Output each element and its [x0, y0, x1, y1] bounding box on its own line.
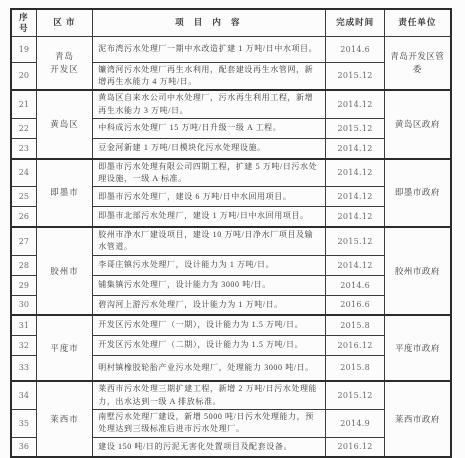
project-content: 即墨市北部污水处理厂，建设 1 万吨/日中水回用项目。 — [93, 207, 326, 227]
project-content: 李哥庄镇污水处理厂，设计能力为 1 万吨/日。 — [93, 255, 326, 275]
header-unit: 责任单位 — [384, 9, 451, 36]
project-content: 明村镇橡胶轮胎产业污水处理厂，处理能力 3000 吨/日。 — [93, 355, 326, 381]
unit-cell: 黄岛区政府 — [384, 90, 451, 158]
unit-cell: 平度市政府 — [384, 315, 451, 381]
projects-table: 序 号 区 市 项 目 内 容 完成时间 责任单位 19 青岛 开发区 泥布湾污… — [10, 8, 452, 458]
completion-date: 2015.12 — [326, 119, 385, 139]
table-row: 21 黄岛区 黄岛区自来水公司中水处理厂，污水再生利用工程，新增再生水能力 3 … — [11, 90, 451, 118]
completion-date: 2015.12 — [326, 381, 385, 409]
row-number: 31 — [11, 315, 36, 335]
row-number: 33 — [11, 355, 36, 381]
project-content: 开发区污水处理厂（二期），设计能力为 1.5 万吨/日。 — [93, 335, 326, 355]
completion-date: 2014.6 — [326, 36, 385, 62]
completion-date: 2014.12 — [326, 207, 385, 227]
table-row: 19 青岛 开发区 泥布湾污水处理厂一期中水改造扩建 1 万吨/日中水项目。 2… — [11, 36, 451, 62]
row-number: 32 — [11, 335, 36, 355]
completion-date: 2016.12 — [326, 335, 385, 355]
completion-date: 2014.12 — [326, 90, 385, 118]
project-content: 碧沟河上游污水处理厂，设计能力为 1 万吨/日。 — [93, 295, 326, 315]
row-number: 30 — [11, 295, 36, 315]
row-number: 22 — [11, 119, 36, 139]
header-content: 项 目 内 容 — [93, 9, 326, 36]
district-cell: 平度市 — [36, 315, 93, 381]
unit-cell: 青岛开发区管委 — [384, 36, 451, 90]
district-cell: 即墨市 — [36, 159, 93, 227]
project-content: 建设 150 吨/日的污泥无害化处置项目及配套设备。 — [93, 437, 326, 457]
project-content: 开发区污水处理厂（一期），设计能力为 1.5 万吨/日。 — [93, 315, 326, 335]
row-number: 19 — [11, 36, 36, 62]
project-content: 胶州市净水厂建设项目，建设 10 万吨/日净水厂项目及输水管道。 — [93, 227, 326, 255]
completion-date: 2014.12 — [326, 187, 385, 207]
unit-cell: 莱西市政府 — [384, 381, 451, 457]
district-cell: 黄岛区 — [36, 90, 93, 158]
table-row: 24 即墨市 即墨市污水处理有限公司四期工程，扩建 5 万吨/日污水处理设施，一… — [11, 159, 451, 187]
project-content: 铺集镇污水处理厂，设计能力为 3000 吨/日。 — [93, 275, 326, 295]
completion-date: 2015.12 — [326, 227, 385, 255]
completion-date: 2016.12 — [326, 437, 385, 457]
project-content: 即墨市污水处理厂，建设 6 万吨/日中水回用项目。 — [93, 187, 326, 207]
row-number: 21 — [11, 90, 36, 118]
district-cell: 胶州市 — [36, 227, 93, 315]
row-number: 26 — [11, 207, 36, 227]
header-date: 完成时间 — [326, 9, 385, 36]
header-district: 区 市 — [36, 9, 93, 36]
completion-date: 2014.9 — [326, 409, 385, 437]
completion-date: 2015.8 — [326, 355, 385, 381]
project-content: 镰湾河污水处理厂再生水利用，配套建设再生水管网，新增再生水能力 4 万吨/日。 — [93, 62, 326, 90]
row-number: 27 — [11, 227, 36, 255]
completion-date: 2014.12 — [326, 255, 385, 275]
district-cell: 莱西市 — [36, 381, 93, 457]
project-content: 泥布湾污水处理厂一期中水改造扩建 1 万吨/日中水项目。 — [93, 36, 326, 62]
row-number: 34 — [11, 381, 36, 409]
project-content: 黄岛区自来水公司中水处理厂，污水再生利用工程，新增再生水能力 3 万吨/日。 — [93, 90, 326, 118]
row-number: 20 — [11, 62, 36, 90]
completion-date: 2014.6 — [326, 275, 385, 295]
completion-date: 2016.6 — [326, 295, 385, 315]
row-number: 35 — [11, 409, 36, 437]
completion-date: 2015.8 — [326, 315, 385, 335]
table-row: 34 莱西市 莱西市污水处理三期扩建工程，新增 2 万吨/日污水处理能力，出水达… — [11, 381, 451, 409]
header-row: 序 号 区 市 项 目 内 容 完成时间 责任单位 — [11, 9, 451, 36]
completion-date: 2014.12 — [326, 139, 385, 159]
project-content: 豆金河新建 1 万吨/日模块化污水处理设施。 — [93, 139, 326, 159]
completion-date: 2015.12 — [326, 62, 385, 90]
row-number: 25 — [11, 187, 36, 207]
project-content: 即墨市污水处理有限公司四期工程，扩建 5 万吨/日污水处理设施，一级 A 标准。 — [93, 159, 326, 187]
project-content: 南墅污水处理厂建设，新增 5000 吨/日污水处理能力，预处理达到三级标准后进市… — [93, 409, 326, 437]
unit-cell: 即墨市政府 — [384, 159, 451, 227]
table-row: 31 平度市 开发区污水处理厂（一期），设计能力为 1.5 万吨/日。 2015… — [11, 315, 451, 335]
row-number: 24 — [11, 159, 36, 187]
project-content: 莱西市污水处理三期扩建工程，新增 2 万吨/日污水处理能力，出水达到一级 A 排… — [93, 381, 326, 409]
row-number: 36 — [11, 437, 36, 457]
row-number: 28 — [11, 255, 36, 275]
row-number: 23 — [11, 139, 36, 159]
completion-date: 2014.12 — [326, 159, 385, 187]
table-row: 27 胶州市 胶州市净水厂建设项目，建设 10 万吨/日净水厂项目及输水管道。 … — [11, 227, 451, 255]
row-number: 29 — [11, 275, 36, 295]
project-content: 中科成污水处理厂 15 万吨/日升级一级 A 工程。 — [93, 119, 326, 139]
unit-cell: 胶州市政府 — [384, 227, 451, 315]
header-no: 序 号 — [11, 9, 36, 36]
district-cell: 青岛 开发区 — [36, 36, 93, 90]
